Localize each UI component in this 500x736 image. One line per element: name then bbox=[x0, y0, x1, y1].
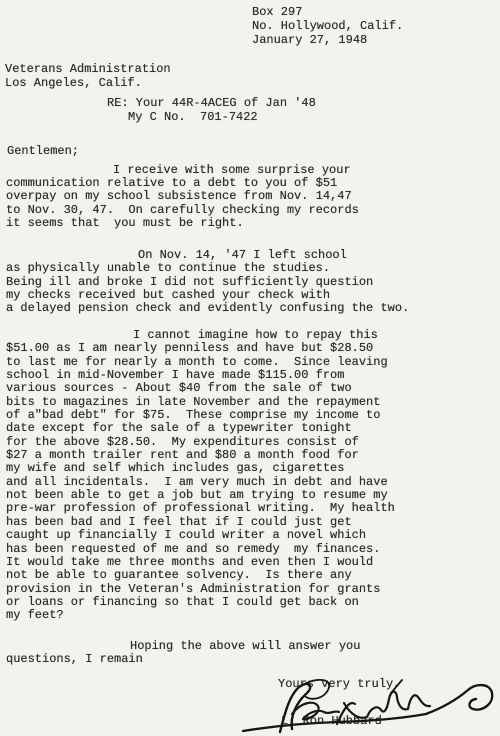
recipient-name-line: Veterans Administration bbox=[5, 63, 171, 77]
sender-box-line: Box 297 bbox=[252, 5, 403, 19]
reference-block: RE: Your 44R-4ACEG of Jan '48 My C No. 7… bbox=[107, 97, 316, 124]
recipient-address-block: Veterans Administration Los Angeles, Cal… bbox=[5, 63, 171, 90]
letter-line: pre-war profession of professional writi… bbox=[6, 502, 395, 515]
letter-line: $51.00 as I am nearly penniless and have… bbox=[6, 342, 395, 355]
letter-line: questions, I remain bbox=[6, 653, 360, 666]
sender-address-block: Box 297 No. Hollywood, Calif. January 27… bbox=[252, 5, 403, 47]
reference-your-file-line: RE: Your 44R-4ACEG of Jan '48 bbox=[107, 97, 316, 111]
paragraph-3: I cannot imagine how to repay this $51.0… bbox=[6, 329, 395, 623]
letter-line: my checks received but cashed your check… bbox=[6, 289, 409, 302]
letter-line: to last me for nearly a month to come. S… bbox=[6, 356, 395, 369]
letter-line: $27 a month trailer rent and $80 a month… bbox=[6, 449, 395, 462]
letter-line: various sources - About $40 from the sal… bbox=[6, 382, 395, 395]
letter-line: or loans or financing so that I could ge… bbox=[6, 596, 395, 609]
letter-line: caught up financially I could writer a n… bbox=[6, 529, 395, 542]
letter-line: provision in the Veteran's Administratio… bbox=[6, 583, 395, 596]
letter-line: overpay on my school subsistence from No… bbox=[6, 190, 359, 203]
letter-line: as physically unable to continue the stu… bbox=[6, 262, 409, 275]
date-line: January 27, 1948 bbox=[252, 33, 403, 47]
letter-line: a delayed pension check and evidently co… bbox=[6, 302, 409, 315]
letter-line: I cannot imagine how to repay this bbox=[6, 329, 395, 342]
letter-line: On Nov. 14, '47 I left school bbox=[6, 249, 409, 262]
letter-line: my feet? bbox=[6, 609, 395, 622]
letter-line: for the above $28.50. My expenditures co… bbox=[6, 436, 395, 449]
letter-line: to Nov. 30, 47. On carefully checking my… bbox=[6, 204, 359, 217]
paragraph-1: I receive with some surprise your commun… bbox=[6, 164, 359, 230]
letter-line: not be able to guarantee solvency. Is th… bbox=[6, 569, 395, 582]
letter-line: Hoping the above will answer you bbox=[6, 640, 360, 653]
letter-line: bits to magazines in late November and t… bbox=[6, 396, 395, 409]
letter-line: Being ill and broke I did not sufficient… bbox=[6, 276, 409, 289]
letter-line: has been bad and I feel that if I could … bbox=[6, 516, 395, 529]
letter-line: it seems that you must be right. bbox=[6, 217, 359, 230]
letter-line: school in mid-November I have made $115.… bbox=[6, 369, 395, 382]
salutation: Gentlemen; bbox=[7, 144, 79, 158]
letter-line: of a"bad debt" for $75. These comprise m… bbox=[6, 409, 395, 422]
recipient-city-line: Los Angeles, Calif. bbox=[5, 77, 171, 91]
salutation-block: Gentlemen; bbox=[7, 144, 79, 158]
sender-city-line: No. Hollywood, Calif. bbox=[252, 19, 403, 33]
letter-line: has been requested of me and so remedy m… bbox=[6, 543, 395, 556]
letter-page: Box 297 No. Hollywood, Calif. January 27… bbox=[0, 0, 500, 736]
letter-line: not been able to get a job but am trying… bbox=[6, 489, 395, 502]
paragraph-2: On Nov. 14, '47 I left school as physica… bbox=[6, 249, 409, 315]
letter-line: my wife and self which includes gas, cig… bbox=[6, 462, 395, 475]
reference-claim-number-line: My C No. 701-7422 bbox=[107, 111, 316, 125]
letter-line: date except for the sale of a typewriter… bbox=[6, 422, 395, 435]
letter-line: It would take me three months and even t… bbox=[6, 556, 395, 569]
closing-paragraph: Hoping the above will answer you questio… bbox=[6, 640, 360, 667]
handwritten-signature bbox=[240, 679, 500, 735]
letter-line: and all incidentals. I am very much in d… bbox=[6, 476, 395, 489]
